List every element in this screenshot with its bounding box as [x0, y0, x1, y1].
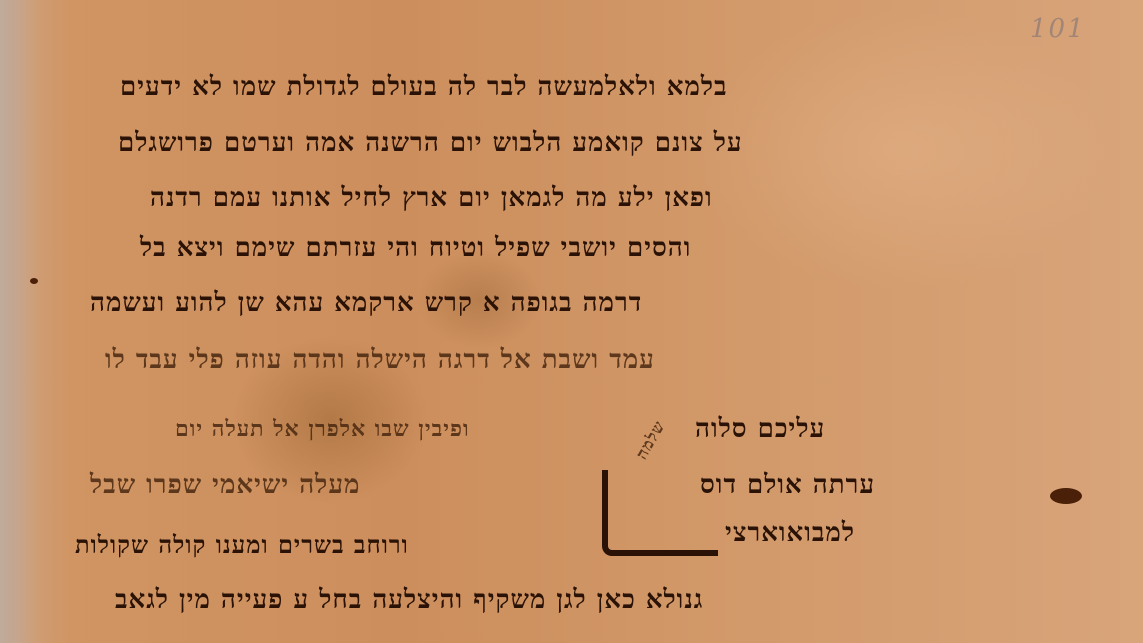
ink-blot — [1050, 488, 1082, 504]
manuscript-line: והסים יושבי שפיל וטיוח והי עזרתם שימם וי… — [140, 233, 691, 263]
marginal-annotation: שלמה — [632, 417, 670, 463]
manuscript-line: ופאן ילע מה לגמאן יום ארץ לחיל אותנו עמם… — [150, 183, 713, 213]
manuscript-line: בלמא ולאלמעשה לבר לה בעולם לגדולת שמו לא… — [120, 72, 728, 102]
manuscript-line: דרמה בגופה א קרש ארקמא עהא שן להוע ועשמה — [90, 288, 642, 318]
folio-number: 101 — [1030, 14, 1086, 44]
manuscript-line: גנולא כאן לגן משקיף והיצלעה בחל ע פעייה … — [115, 585, 703, 615]
ink-blot — [30, 278, 38, 284]
manuscript-line: ערתה אולם דוס — [700, 470, 875, 500]
manuscript-line: מעלה ישיאמי שפרו שבל — [90, 470, 360, 500]
manuscript-line: ורוחב בשרים ומענו קולה שקולות — [75, 530, 409, 560]
manuscript-line: למבואוארצי — [725, 518, 855, 548]
decorative-bracket-mark — [602, 470, 718, 556]
manuscript-line: עמד ושבת אל דרגה הישלה והדה עוזה פלי עבד… — [105, 345, 655, 375]
paper-edge-discoloration — [0, 0, 40, 643]
manuscript-line: על צונם קואמע הלבוש יום הרשנה אמה וערטם … — [118, 128, 743, 158]
manuscript-page: 101 בלמא ולאלמעשה לבר לה בעולם לגדולת שמ… — [0, 0, 1143, 643]
manuscript-line: ופיבין שבו אלפרן אל תעלה יום — [175, 416, 470, 442]
manuscript-line: עליכם סלוה — [695, 414, 825, 444]
